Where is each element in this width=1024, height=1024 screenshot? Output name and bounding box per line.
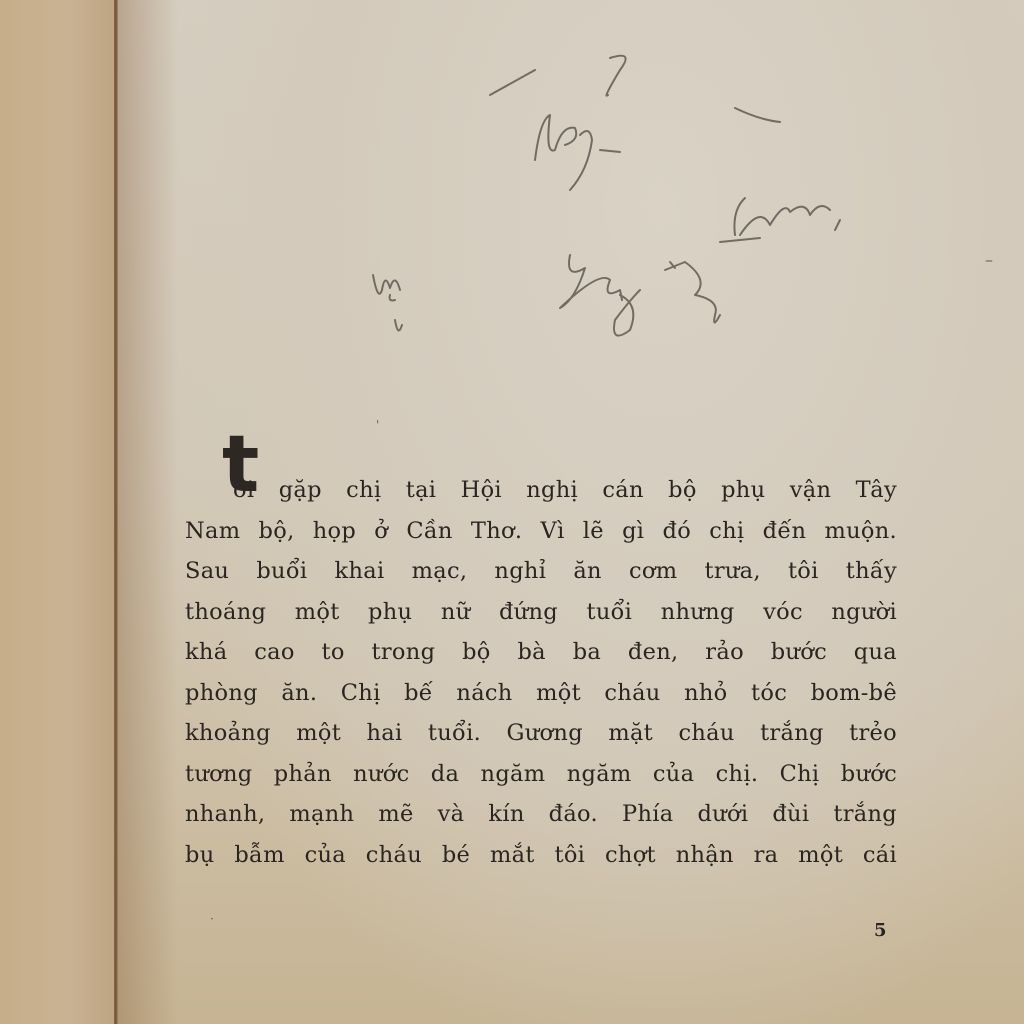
text-line-2: Nam bộ, họp ở Cần Thơ. Vì lẽ gì đó chị đ… <box>185 511 897 552</box>
text-line-3: Sau buổi khai mạc, nghỉ ăn cơm trưa, tôi… <box>185 551 897 592</box>
pencil-mark: – <box>985 250 993 269</box>
page-number: 5 <box>874 920 887 941</box>
body-text: ôi gặp chị tại Hội nghị cán bộ phụ vận T… <box>185 470 897 875</box>
text-line-4: thoáng một phụ nữ đứng tuổi nhưng vóc ng… <box>185 592 897 633</box>
paper-speck: · <box>210 912 214 926</box>
left-page-edge <box>0 0 116 1024</box>
text-line-10: bụ bẫm của cháu bé mắt tôi chợt nhận ra … <box>185 835 897 876</box>
handwritten-pencil-notes <box>340 40 940 360</box>
text-line-5: khá cao to trong bộ bà ba đen, rảo bước … <box>185 632 897 673</box>
text-line-7: khoảng một hai tuổi. Gương mặt cháu trắn… <box>185 713 897 754</box>
text-line-8: tương phản nước da ngăm ngăm của chị. Ch… <box>185 754 897 795</box>
text-line-6: phòng ăn. Chị bế nách một cháu nhỏ tóc b… <box>185 673 897 714</box>
text-line-9: nhanh, mạnh mẽ và kín đáo. Phía dưới đùi… <box>185 794 897 835</box>
text-line-1: ôi gặp chị tại Hội nghị cán bộ phụ vận T… <box>185 470 897 511</box>
paper-speck: ' <box>376 418 379 432</box>
